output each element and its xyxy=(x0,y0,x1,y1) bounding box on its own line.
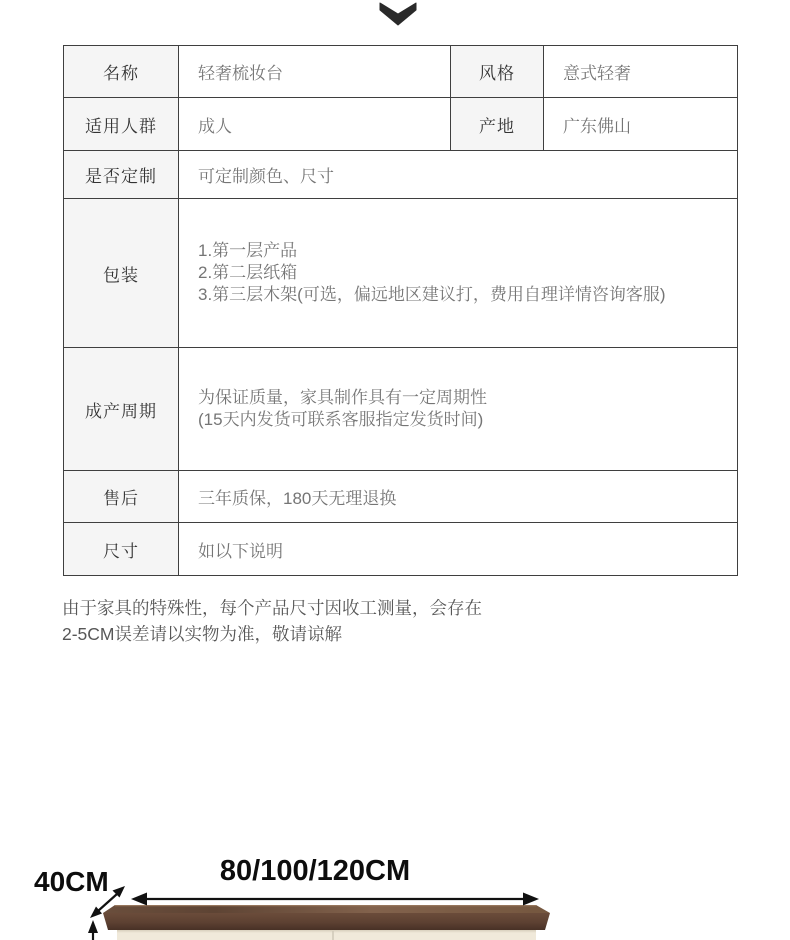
dresser-tabletop xyxy=(103,905,550,930)
spec-value-name: 轻奢梳妆台 xyxy=(179,46,451,98)
spec-value-style: 意式轻奢 xyxy=(544,46,738,98)
product-spec-page: 名称 轻奢梳妆台 风格 意式轻奢 适用人群 成人 产地 广东佛山 是否定制 可定… xyxy=(0,0,790,940)
table-row: 包装 1.第一层产品 2.第二层纸箱 3.第三层木架(可选，偏远地区建议打，费用… xyxy=(64,199,738,348)
spec-label-style: 风格 xyxy=(451,46,544,98)
spec-label-origin: 产地 xyxy=(451,98,544,151)
production-cycle-line-2: (15天内发货可联系客服指定发货时间) xyxy=(198,409,727,431)
size-disclaimer-line-1: 由于家具的特殊性，每个产品尺寸因收工测量，会存在 xyxy=(62,595,742,621)
packaging-line-3: 3.第三层木架(可选，偏远地区建议打，费用自理详情咨询客服) xyxy=(198,284,727,306)
table-row: 名称 轻奢梳妆台 风格 意式轻奢 xyxy=(64,46,738,98)
spec-value-aftersales: 三年质保，180天无理退换 xyxy=(179,471,738,523)
spec-label-production-cycle: 成产周期 xyxy=(64,348,179,471)
spec-label-name: 名称 xyxy=(64,46,179,98)
table-row: 成产周期 为保证质量，家具制作具有一定周期性 (15天内发货可联系客服指定发货时… xyxy=(64,348,738,471)
spec-label-size: 尺寸 xyxy=(64,523,179,576)
packaging-line-1: 1.第一层产品 xyxy=(198,240,727,262)
spec-value-packaging: 1.第一层产品 2.第二层纸箱 3.第三层木架(可选，偏远地区建议打，费用自理详… xyxy=(179,199,738,348)
height-dimension-arrow xyxy=(88,920,98,940)
production-cycle-line-1: 为保证质量，家具制作具有一定周期性 xyxy=(198,387,727,409)
table-row: 售后 三年质保，180天无理退换 xyxy=(64,471,738,523)
spec-label-aftersales: 售后 xyxy=(64,471,179,523)
spec-value-audience: 成人 xyxy=(179,98,451,151)
table-row: 尺寸 如以下说明 xyxy=(64,523,738,576)
spec-table: 名称 轻奢梳妆台 风格 意式轻奢 适用人群 成人 产地 广东佛山 是否定制 可定… xyxy=(63,45,738,576)
width-dimension-arrow xyxy=(131,893,539,906)
spec-label-custom: 是否定制 xyxy=(64,151,179,199)
size-disclaimer: 由于家具的特殊性，每个产品尺寸因收工测量，会存在 2-5CM误差请以实物为准，敬… xyxy=(62,595,742,647)
size-disclaimer-line-2: 2-5CM误差请以实物为准，敬请谅解 xyxy=(62,621,742,647)
table-row: 是否定制 可定制颜色、尺寸 xyxy=(64,151,738,199)
spec-value-production-cycle: 为保证质量，家具制作具有一定周期性 (15天内发货可联系客服指定发货时间) xyxy=(179,348,738,471)
spec-label-packaging: 包装 xyxy=(64,199,179,348)
spec-value-origin: 广东佛山 xyxy=(544,98,738,151)
furniture-dimension-diagram xyxy=(0,840,790,940)
spec-value-size: 如以下说明 xyxy=(179,523,738,576)
spec-value-custom: 可定制颜色、尺寸 xyxy=(179,151,738,199)
chevron-down-icon xyxy=(379,2,417,26)
packaging-line-2: 2.第二层纸箱 xyxy=(198,262,727,284)
table-row: 适用人群 成人 产地 广东佛山 xyxy=(64,98,738,151)
spec-label-audience: 适用人群 xyxy=(64,98,179,151)
